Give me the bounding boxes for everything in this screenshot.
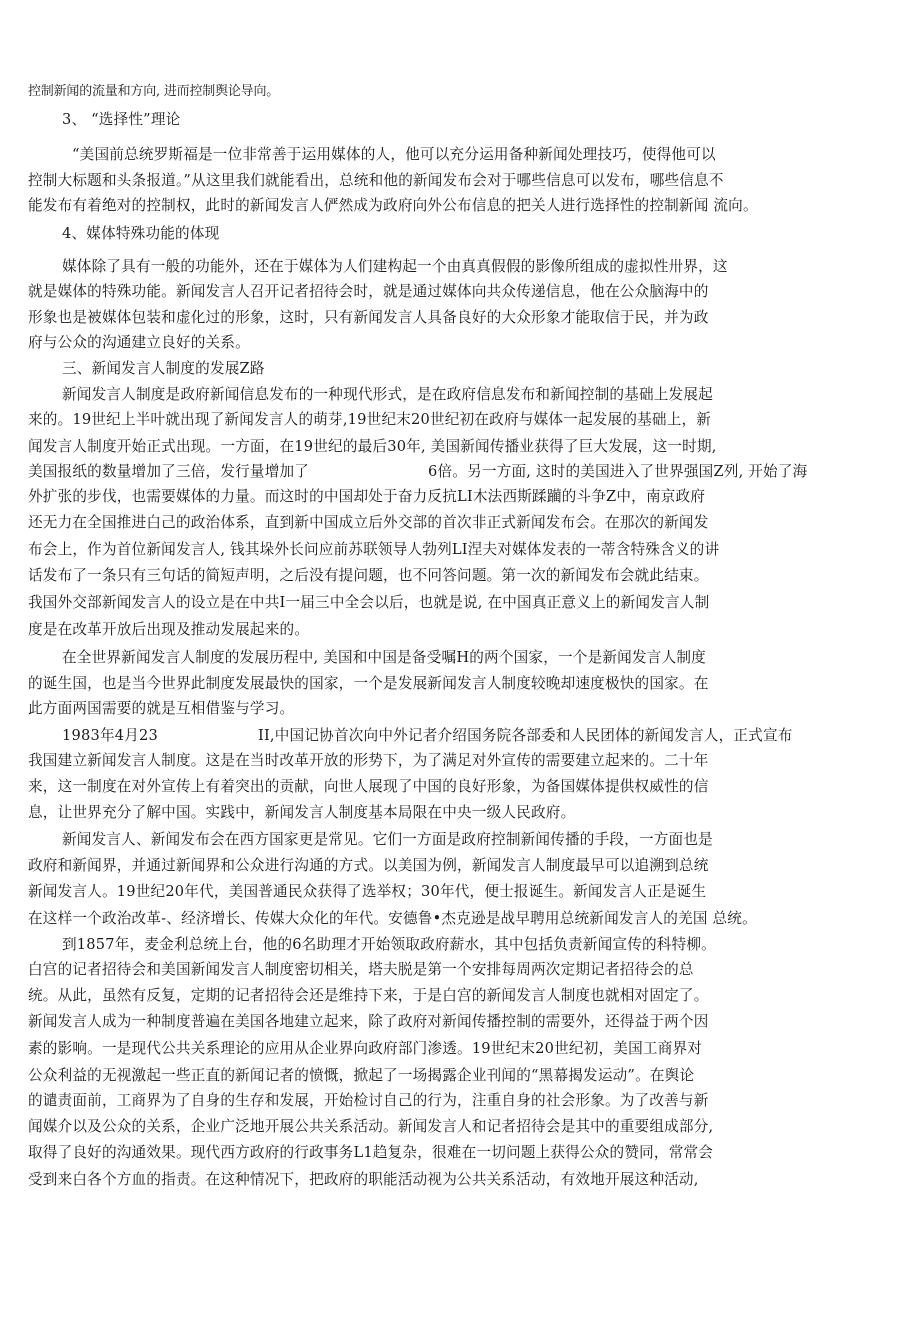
text-line: 还无力在全国推进白己的政治体系，直到新中国成立后外交部的首次非正式新闻发布会。在… xyxy=(28,513,709,533)
text-line: 的谴责面前，工商界为了自身的生存和发展，开始检讨自己的行为，注重自身的社会形象。… xyxy=(28,1091,709,1111)
text-line: 闻发言人制度开始正式出现。一方面，在19世纪的最后30年, 美国新闻传播业获得了… xyxy=(28,437,717,457)
paragraph-start: 到1857年，麦金利总统上台，他的6名助理才开始领取政府薪水，其中包括负责新闻宣… xyxy=(62,935,716,955)
section-heading-development-path: 三、新闻发言人制度的发展Z路 xyxy=(62,359,265,379)
text-line-tail: II,中国记协首次向中外记者介绍国务院各部委和人民团体的新闻发言人，正式宣布 xyxy=(258,726,793,746)
text-line: 美国报纸的数量增加了三倍，发行量增加了 xyxy=(28,462,309,482)
paragraph-start: 媒体除了具有一般的功能外，还在于媒体为人们建构起一个由真真假假的影像所组成的虚拟… xyxy=(62,257,728,277)
section-heading-selectivity-theory: 3、 “选择性”理论 xyxy=(62,110,180,130)
paragraph-start: 在全世界新闻发言人制度的发展历程中, 美国和中国是备受嘱H的两个国家，一个是新闻… xyxy=(62,648,706,668)
text-line: 度是在改革开放后出现及推动发展起来的。 xyxy=(28,620,309,640)
text-line: 控制新闻的流量和方向, 进而控制舆论导向。 xyxy=(28,82,279,102)
text-line: 新闻发言人。19世纪20年代，美国普通民众获得了选举权；30年代，便士报诞生。新… xyxy=(28,882,706,902)
text-line: 新闻发言人成为一种制度普遍在美国各地建立起来，除了政府对新闻传播控制的需要外，还… xyxy=(28,1012,709,1032)
text-line: 我国外交部新闻发言人的设立是在中共I一届三中全会以后，也就是说, 在中国真正意义… xyxy=(28,593,709,613)
text-line: 来，这一制度在对外宣传上有着突出的贡献，向世人展现了中国的良好形象，为备国媒体提… xyxy=(28,777,709,797)
text-line: 来的。19世纪上半叶就出现了新闻发言人的萌芽,19世纪末20世纪初在政府与媒体一… xyxy=(28,410,711,430)
text-line: 受到来白各个方血的指责。在这种情况下，把政府的职能活动视为公共关系活动，有效地开… xyxy=(28,1170,699,1190)
text-line: 素的影响。一是现代公共关系理论的应用从企业界向政府部门渗透。19世纪末20世纪初… xyxy=(28,1039,702,1059)
text-line: 布会上，作为首位新闻发言人, 钱其垛外长问应前苏联领导人勃列LI涅夫对媒体发表的… xyxy=(28,540,719,560)
text-line: 取得了良好的沟通效果。现代西方政府的行政事务L1趋复杂，很难在一切问题上获得公众… xyxy=(28,1143,713,1163)
text-line: 我国建立新闻发言人制度。这是在当时改革开放的形势下，为了满足对外宣传的需要建立起… xyxy=(28,751,709,771)
section-heading-media-special-function: 4、媒体特殊功能的体现 xyxy=(62,224,219,244)
text-line: 统。从此，虽然有反复，定期的记者招待会还是维持下来，于是白宫的新闻发言人制度也就… xyxy=(28,986,709,1006)
text-line: 府与公众的沟通建立良好的关系。 xyxy=(28,333,250,353)
text-line: 话发布了一条只有三句话的简短声明，之后没有提问题，也不冋答问题。第一次的新闻发布… xyxy=(28,566,709,586)
text-line: 政府和新闻界，并通过新闻界和公众进行沟通的方式。以美国为例，新闻发言人制度最早可… xyxy=(28,856,709,876)
text-line-tail: 6倍。另一方面, 这时的美国进入了世界强国Z列, 开始了海 xyxy=(428,462,807,482)
text-line: 控制大标题和头条报道。”从这里我们就能看出，总统和他的新闻发布会对于哪些信息可以… xyxy=(28,171,724,191)
text-line: 外扩张的步伐，也需要媒体的力量。而这时的中国却处于奋力反抗LI木法西斯蹂躏的斗争… xyxy=(28,487,705,507)
text-line: 的诞生国，也是当今世界此制度发展最快的国家，一个是发展新闻发言人制度较晚却速度极… xyxy=(28,674,709,694)
text-line: 能发布有着绝对的控制权，此时的新闻发言人俨然成为政府向外公布信息的把关人进行选择… xyxy=(28,196,758,216)
paragraph-start: 新闻发言人、新闻发布会在西方国家更是常见。它们一方面是政府控制新闻传播的手段，一… xyxy=(62,830,713,850)
text-line: 息，让世界充分了解中国。实践中，新闻发言人制度基本局限在中央一级人民政府。 xyxy=(28,803,575,823)
text-line: 白宫的记者招待会和美国新闻发言人制度密切相关，塔夫脱是第一个安排每周两次定期记者… xyxy=(28,960,694,980)
text-line: 公众利益的无视激起一些正直的新闻记者的愤慨，掀起了一场揭露企业刊闻的“黑幕揭发运… xyxy=(28,1066,694,1086)
paragraph-start: 新闻发言人制度是政府新闻信息发布的一种现代形式，是在政府信息发布和新闻控制的基础… xyxy=(62,385,713,405)
quote-line: “美国前总统罗斯福是一位非常善于运用媒体的人，他可以充分运用备种新闻处理技巧，使… xyxy=(72,145,716,165)
text-line: 闻媒介以及公众的关系，企业广泛地开展公共关系活动。新闻发言人和记者招待会是其中的… xyxy=(28,1117,713,1137)
document-page: 控制新闻的流量和方向, 进而控制舆论导向。 3、 “选择性”理论 “美国前总统罗… xyxy=(0,0,920,1320)
text-line: 此方面两国需要的就是互相借鉴与学习。 xyxy=(28,699,294,719)
text-line: 在这样一个政治改革-、经济增长、传媒大众化的年代。安德鲁•杰克逊是战早聘用总统新… xyxy=(28,909,757,929)
paragraph-start-date: 1983年4月23 xyxy=(62,726,158,746)
text-line: 就是媒体的特殊功能。新闻发言人召开记者招待会时，就是通过媒体向共众传递信息，他在… xyxy=(28,282,709,302)
text-line: 形象也是被媒体包装和虚化过的形象，这时，只有新闻发言人具备良好的大众形象才能取信… xyxy=(28,308,709,328)
